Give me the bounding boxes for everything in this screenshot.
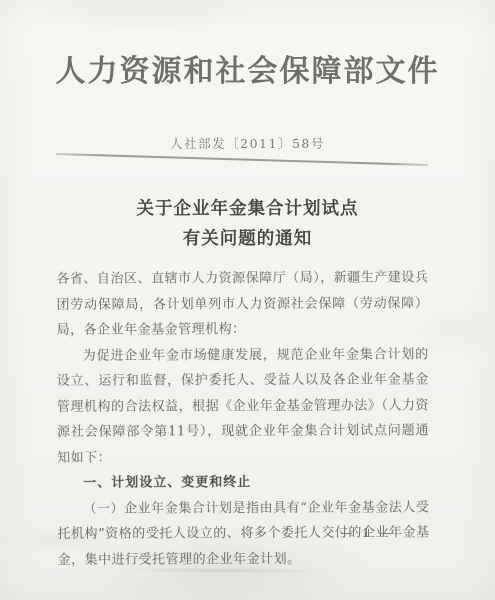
document-title: 关于企业年金集合计划试点 有关问题的通知 [0,194,495,254]
intro-paragraph: 为促进企业年金市场健康发展，规范企业年金集合计划的设立、运行和监督，保护委托人、… [57,342,430,471]
scanned-document-page: 人力资源和社会保障部文件 人社部发〔2011〕58号 关于企业年金集合计划试点 … [0,0,495,600]
document-title-line1: 关于企业年金集合计划试点 [0,194,495,224]
page-number: — 1 — [341,526,395,540]
header-divider-rule [56,153,428,166]
document-header-title: 人力资源和社会保障部文件 [0,46,495,90]
document-number: 人社部发〔2011〕58号 [0,134,495,152]
section1-heading: 一、计划设立、变更和终止 [57,469,429,496]
scan-smudge-artifact [115,567,330,574]
addressee-paragraph: 各省、自治区、直辖市人力资源保障厅（局），新疆生产建设兵团劳动保障局，各计划单列… [56,265,428,343]
document-title-line2: 有关问题的通知 [0,224,495,254]
